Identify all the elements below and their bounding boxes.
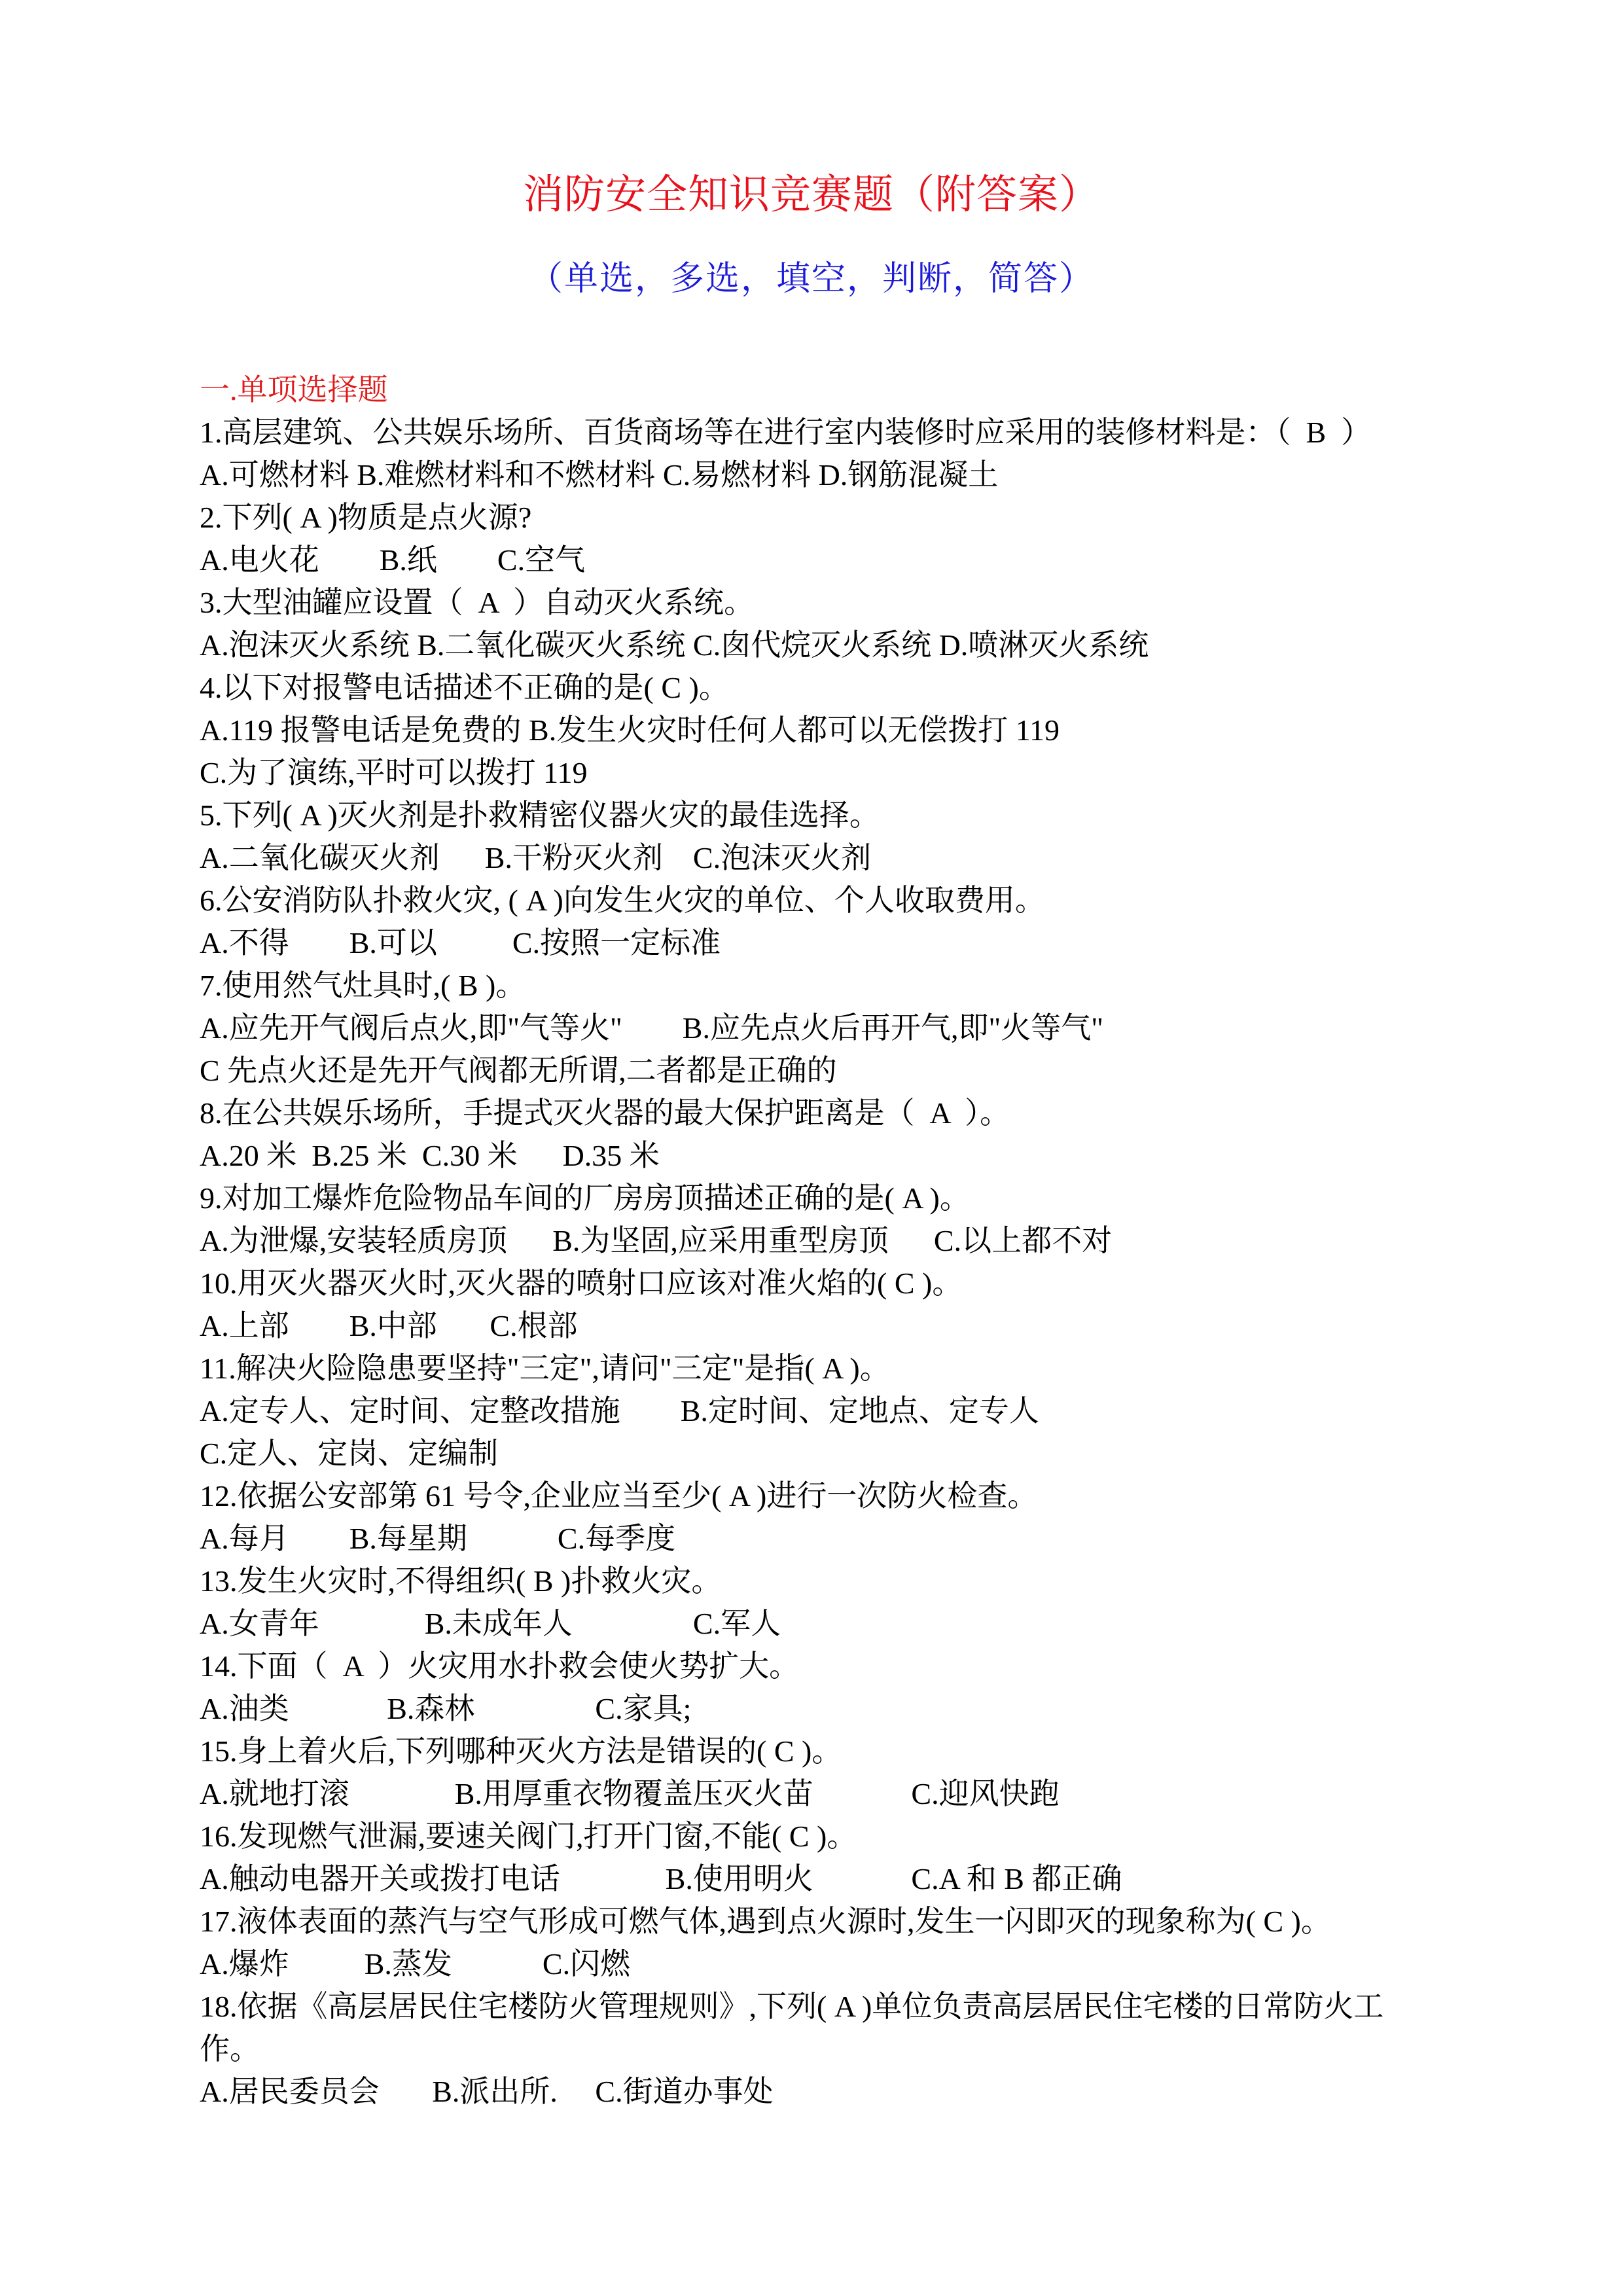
question-2: 2.下列( A )物质是点火源? bbox=[200, 496, 1443, 539]
question-7: 7.使用然气灶具时,( B )。 bbox=[200, 964, 1443, 1007]
question-11-options-line-1: A.定专人、定时间、定整改措施 B.定时间、定地点、定专人 bbox=[200, 1390, 1443, 1432]
question-7-options-line-1: A.应先开气阀后点火,即"气等火" B.应先点火后再开气,即"火等气" bbox=[200, 1007, 1443, 1049]
question-12-options: A.每月 B.每星期 C.每季度 bbox=[200, 1517, 1443, 1560]
question-17: 17.液体表面的蒸汽与空气形成可燃气体,遇到点火源时,发生一闪即灭的现象称为( … bbox=[200, 1900, 1443, 1943]
question-10: 10.用灭火器灭火时,灭火器的喷射口应该对准火焰的( C )。 bbox=[200, 1262, 1443, 1304]
question-17-options: A.爆炸 B.蒸发 C.闪燃 bbox=[200, 1943, 1443, 1985]
question-18: 18.依据《高层居民住宅楼防火管理规则》,下列( A )单位负责高层居民住宅楼的… bbox=[200, 1985, 1443, 2070]
question-1-options: A.可燃材料 B.难燃材料和不燃材料 C.易燃材料 D.钢筋混凝土 bbox=[200, 454, 1443, 496]
question-9: 9.对加工爆炸危险物品车间的厂房房顶描述正确的是( A )。 bbox=[200, 1177, 1443, 1219]
question-9-options: A.为泄爆,安装轻质房顶 B.为坚固,应采用重型房顶 C.以上都不对 bbox=[200, 1219, 1443, 1262]
section-heading: 一.单项选择题 bbox=[200, 368, 1443, 411]
question-8: 8.在公共娱乐场所，手提式灭火器的最大保护距离是（ A ）。 bbox=[200, 1092, 1443, 1134]
question-3-options: A.泡沫灭火系统 B.二氧化碳灭火系统 C.囱代烷灭火系统 D.喷淋灭火系统 bbox=[200, 624, 1443, 666]
question-5-options: A.二氧化碳灭火剂 B.干粉灭火剂 C.泡沫灭火剂 bbox=[200, 836, 1443, 879]
question-4-options-line-2: C.为了演练,平时可以拨打 119 bbox=[200, 751, 1443, 794]
question-12: 12.依据公安部第 61 号令,企业应当至少( A )进行一次防火检查。 bbox=[200, 1475, 1443, 1517]
question-11-options-line-2: C.定人、定岗、定编制 bbox=[200, 1432, 1443, 1475]
question-1: 1.高层建筑、公共娱乐场所、百货商场等在进行室内装修时应采用的装修材料是：（ B… bbox=[200, 411, 1443, 454]
question-6-options: A.不得 B.可以 C.按照一定标准 bbox=[200, 922, 1443, 964]
question-13-options: A.女青年 B.未成年人 C.军人 bbox=[200, 1602, 1443, 1645]
question-16-options: A.触动电器开关或拨打电话 B.使用明火 C.A 和 B 都正确 bbox=[200, 1857, 1443, 1900]
question-7-options-line-2: C 先点火还是先开气阀都无所谓,二者都是正确的 bbox=[200, 1049, 1443, 1092]
question-11: 11.解决火险隐患要坚持"三定",请问"三定"是指( A )。 bbox=[200, 1347, 1443, 1390]
question-13: 13.发生火灾时,不得组织( B )扑救火灾。 bbox=[200, 1560, 1443, 1602]
question-14-options: A.油类 B.森林 C.家具; bbox=[200, 1687, 1443, 1730]
page-title: 消防安全知识竞赛题（附答案） bbox=[0, 169, 1623, 221]
question-15: 15.身上着火后,下列哪种灭火方法是错误的( C )。 bbox=[200, 1730, 1443, 1772]
question-18-options: A.居民委员会 B.派出所. C.街道办事处 bbox=[200, 2070, 1443, 2113]
question-10-options: A.上部 B.中部 C.根部 bbox=[200, 1304, 1443, 1347]
document-page: 消防安全知识竞赛题（附答案） （单选，多选，填空，判断，简答） 一.单项选择题 … bbox=[0, 0, 1623, 2296]
question-14: 14.下面（ A ）火灾用水扑救会使火势扩大。 bbox=[200, 1645, 1443, 1687]
question-content: 一.单项选择题 1.高层建筑、公共娱乐场所、百货商场等在进行室内装修时应采用的装… bbox=[200, 368, 1443, 2113]
question-15-options: A.就地打滚 B.用厚重衣物覆盖压灭火苗 C.迎风快跑 bbox=[200, 1772, 1443, 1815]
page-subtitle: （单选，多选，填空，判断，简答） bbox=[0, 257, 1623, 302]
question-3: 3.大型油罐应设置（ A ）自动灭火系统。 bbox=[200, 581, 1443, 624]
question-2-options: A.电火花 B.纸 C.空气 bbox=[200, 539, 1443, 581]
question-8-options: A.20 米 B.25 米 C.30 米 D.35 米 bbox=[200, 1134, 1443, 1177]
question-5: 5.下列( A )灭火剂是扑救精密仪器火灾的最佳选择。 bbox=[200, 794, 1443, 836]
question-4: 4.以下对报警电话描述不正确的是( C )。 bbox=[200, 666, 1443, 709]
question-6: 6.公安消防队扑救火灾, ( A )向发生火灾的单位、个人收取费用。 bbox=[200, 879, 1443, 922]
question-4-options-line-1: A.119 报警电话是免费的 B.发生火灾时任何人都可以无偿拨打 119 bbox=[200, 709, 1443, 751]
question-16: 16.发现燃气泄漏,要速关阀门,打开门窗,不能( C )。 bbox=[200, 1815, 1443, 1857]
